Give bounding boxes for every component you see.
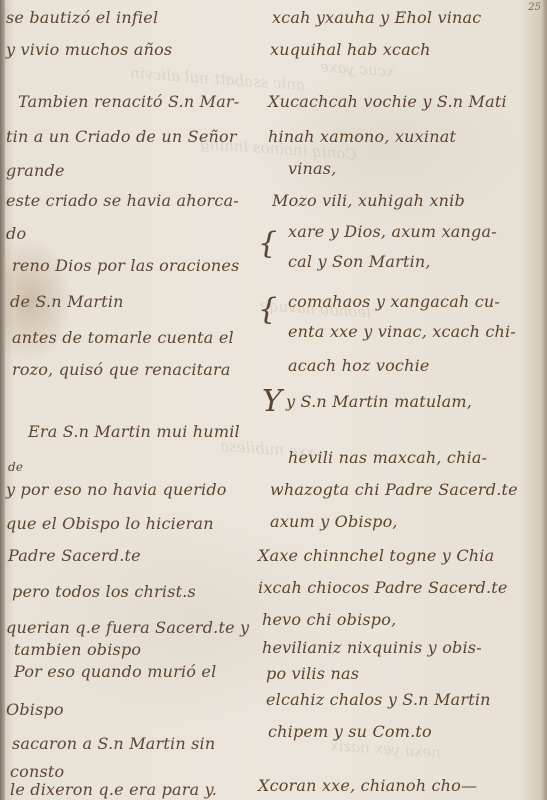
brace-mark: { <box>258 226 277 261</box>
native-text-line: axum y Obispo, <box>270 512 398 531</box>
spanish-text-line: tambien obispo <box>14 640 141 659</box>
spanish-text-line: Por eso quando murió el <box>14 662 216 681</box>
spanish-text-line: antes de tomarle cuenta el <box>12 328 234 347</box>
spanish-text-line: consto <box>10 762 64 781</box>
native-text-line: y S.n Martin matulam, <box>286 392 472 411</box>
native-text-line: xare y Dios, axum xanga- <box>288 222 497 241</box>
spanish-text-line: de <box>8 460 23 474</box>
spanish-text-line: le dixeron q.e era para y. <box>10 780 217 799</box>
native-text-line: Xucachcah vochie y S.n Mati <box>268 92 507 111</box>
brace-mark: { <box>258 292 277 327</box>
manuscript-page: anic ssabatt nul alicvin xcuc yaxe Coniq… <box>0 0 547 800</box>
native-text-line: hevili nas maxcah, chia- <box>288 448 487 467</box>
native-text-line: xcah yxauha y Ehol vinac <box>272 8 481 27</box>
spanish-text-line: pero todos los christ.s <box>12 582 196 601</box>
spanish-text-line: Era S.n Martin mui humil <box>28 422 240 441</box>
native-text-line: comahaos y xangacah cu- <box>288 292 500 311</box>
native-text-line: elcahiz chalos y S.n Martin <box>266 690 491 709</box>
spanish-text-line: Padre Sacerd.te <box>8 546 141 565</box>
spanish-text-line: este criado se havia ahorca- <box>6 191 239 210</box>
page-binding-edge <box>0 0 5 800</box>
native-text-line: cal y Son Martin, <box>288 252 431 271</box>
native-text-line: hinah xamono, xuxinat <box>268 127 456 146</box>
native-text-line: hevilianiz nixquinis y obis- <box>262 638 482 657</box>
spanish-text-line: querian q.e fuera Sacerd.te y <box>6 618 249 637</box>
spanish-text-line: rozo, quisó que renacitara <box>12 360 231 379</box>
brace-mark: Y <box>262 384 282 419</box>
spanish-text-line: y por eso no havia querido <box>6 480 227 499</box>
spanish-text-line: Obispo <box>6 700 64 719</box>
native-text-line: Xcoran xxe, chianoh cho— <box>258 776 477 795</box>
page-right-edge <box>541 0 547 800</box>
spanish-text-line: reno Dios por las oraciones <box>12 256 240 275</box>
native-text-line: po vilis nas <box>266 664 359 683</box>
spanish-text-line: sacaron a S.n Martin sin <box>12 734 215 753</box>
bleed-through-text: xcuc yaxe <box>319 57 395 80</box>
spanish-text-line: que el Obispo lo hicieran <box>6 514 214 533</box>
spanish-text-line: de S.n Martin <box>10 292 124 311</box>
native-text-line: xuquihal hab xcach <box>270 40 431 59</box>
spanish-text-line: do <box>6 224 26 243</box>
native-text-line: enta xxe y vinac, xcach chi- <box>288 322 516 341</box>
spanish-text-line: tin a un Criado de un Señor <box>6 127 237 146</box>
spanish-text-line: grande <box>6 161 65 180</box>
native-text-line: whazogta chi Padre Sacerd.te <box>270 480 518 499</box>
native-text-line: Mozo vili, xuhigah xnib <box>272 191 465 210</box>
native-text-line: chipem y su Com.to <box>268 722 432 741</box>
spanish-text-line: y vivio muchos años <box>6 40 172 59</box>
native-text-line: Xaxe chinnchel togne y Chia <box>258 546 494 565</box>
spanish-text-line: Tambien renacitó S.n Mar- <box>18 92 239 111</box>
folio-number: 25 <box>528 2 541 13</box>
native-text-line: acach hoz vochie <box>288 356 430 375</box>
spanish-text-line: se bautizó el infiel <box>6 8 158 27</box>
bleed-through-text: anic ssabatt nul alicvin <box>130 64 306 94</box>
native-text-line: hevo chi obispo, <box>262 610 396 629</box>
native-text-line: vinas, <box>288 159 337 178</box>
native-text-line: ixcah chiocos Padre Sacerd.te <box>258 578 508 597</box>
